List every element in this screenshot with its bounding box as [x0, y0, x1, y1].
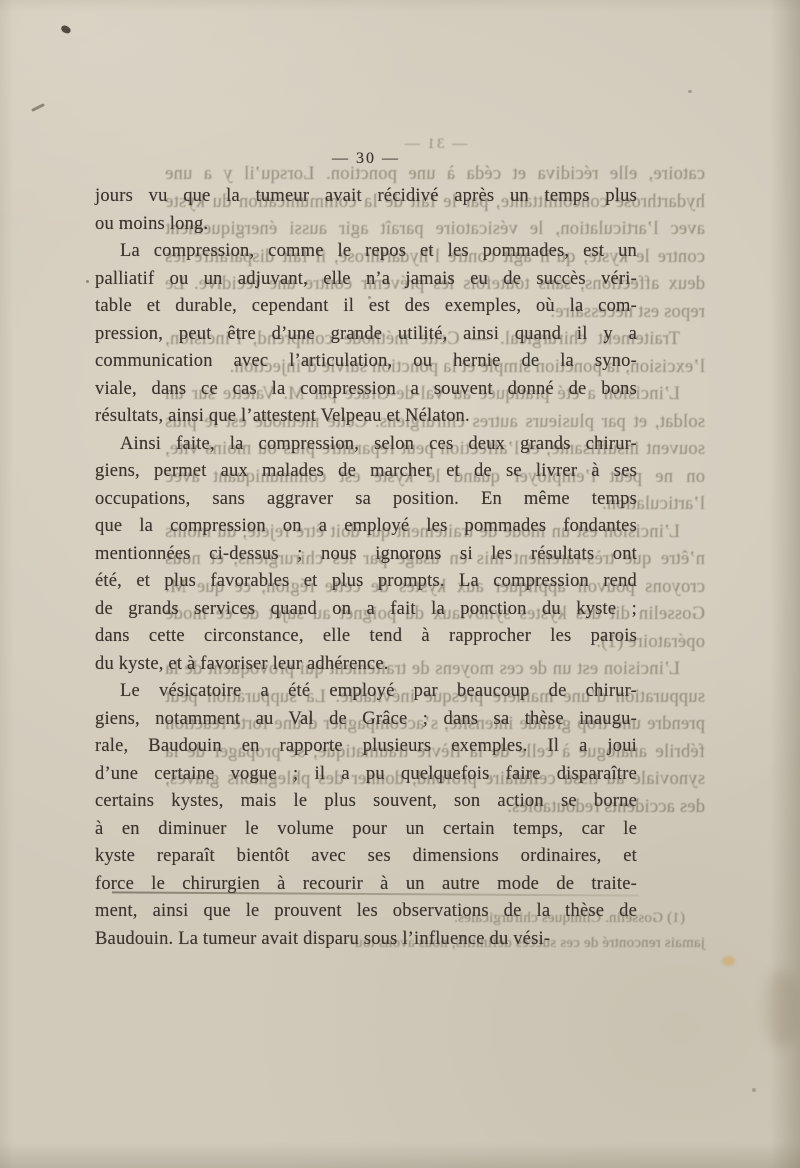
- paragraph: La compression, comme le repos et les po…: [95, 238, 637, 431]
- paragraph: Le vésicatoire a été employé par beaucou…: [95, 678, 637, 953]
- text-line: occupations, sans aggraver sa position. …: [95, 486, 637, 514]
- text-line: force le chirurgien à recourir à un autr…: [95, 871, 637, 899]
- text-line: dans cette circonstance, elle tend à rap…: [95, 623, 637, 651]
- paper-speck: [86, 280, 89, 283]
- paper-speck: [368, 296, 371, 299]
- text-line: été, et plus favorables et plus prompts.…: [95, 568, 637, 596]
- text-line: giens, notamment au Val de Grâce ; dans …: [95, 706, 637, 734]
- text-line: table et durable, cependant il est des e…: [95, 293, 637, 321]
- page-body-text: jours vu que la tumeur avait récidivé ap…: [95, 183, 637, 953]
- text-line: palliatif ou un adjuvant, elle n’a jamai…: [95, 266, 637, 294]
- paragraph: Ainsi faite, la compression, selon ces d…: [95, 431, 637, 679]
- text-line: Baudouin. La tumeur avait disparu sous l…: [95, 926, 637, 954]
- paper-speck: [688, 90, 692, 93]
- text-line: giens, permet aux malades de marcher et …: [95, 458, 637, 486]
- text-line: pression, peut être d’une grande utilité…: [95, 321, 637, 349]
- text-line: La compression, comme le repos et les po…: [95, 238, 637, 266]
- text-line: mentionnées ci-dessus ; nous ignorons si…: [95, 541, 637, 569]
- paper-stain: [766, 972, 800, 1046]
- text-line: de grands services quand on a fait la po…: [95, 596, 637, 624]
- paragraph: jours vu que la tumeur avait récidivé ap…: [95, 183, 637, 238]
- text-line: viale, dans ce cas la compression a souv…: [95, 376, 637, 404]
- text-line: Ainsi faite, la compression, selon ces d…: [95, 431, 637, 459]
- scanned-book-page: — 31 — catoire, elle récidiva et céda à …: [0, 0, 800, 1168]
- text-line: kyste reparaît bientôt avec ses dimensio…: [95, 843, 637, 871]
- text-line: Le vésicatoire a été employé par beaucou…: [95, 678, 637, 706]
- text-line: certains kystes, mais le plus souvent, s…: [95, 788, 637, 816]
- text-line: ou moins long.: [95, 211, 637, 239]
- text-line: résultats, ainsi que l’attestent Velpeau…: [95, 403, 637, 431]
- page-number: — 30 —: [95, 148, 637, 170]
- page-text-column: — 30 — jours vu que la tumeur avait réci…: [95, 148, 637, 953]
- text-line: ment, ainsi que le prouvent les observat…: [95, 898, 637, 926]
- text-line: communication avec l’articulation, ou he…: [95, 348, 637, 376]
- text-line: du kyste, et à favoriser leur adhérence.: [95, 651, 637, 679]
- paper-speck: [60, 24, 72, 34]
- text-line: d’une certaine vogue ; il a pu quelquefo…: [95, 761, 637, 789]
- paper-stain: [722, 956, 735, 966]
- text-line: à en diminuer le volume pour un certain …: [95, 816, 637, 844]
- paper-speck: [752, 1088, 756, 1092]
- text-line: rale, Baudouin en rapporte plusieurs exe…: [95, 733, 637, 761]
- text-line: que la compression on a employé les pomm…: [95, 513, 637, 541]
- paper-speck: [31, 103, 45, 112]
- text-line: jours vu que la tumeur avait récidivé ap…: [95, 183, 637, 211]
